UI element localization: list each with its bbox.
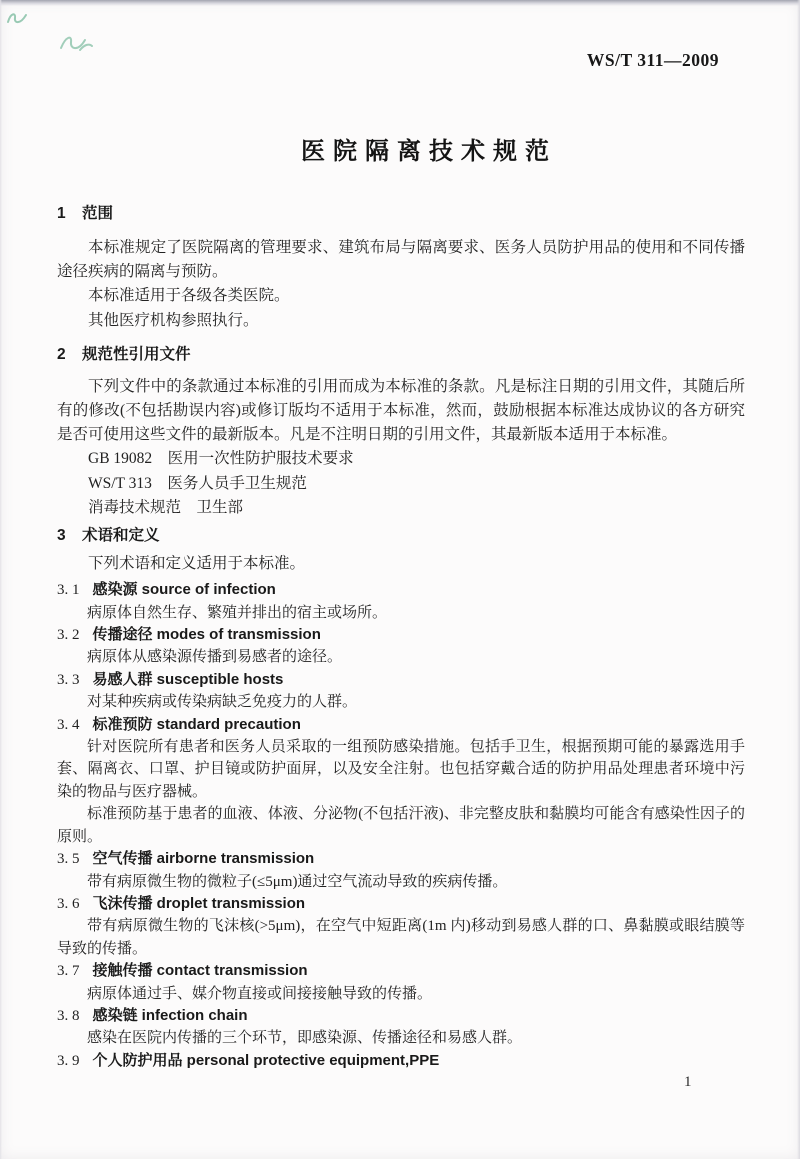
section-number: 2 [57,345,67,365]
standard-code: WS/T 311—2009 [57,50,719,71]
section-label: 范围 [82,204,113,224]
term-heading: 3. 6 飞沫传播 droplet transmission [57,893,745,915]
reference-item: GB 19082 医用一次性防护服技术要求 [57,447,745,471]
term-name: 感染链 infection chain [93,1005,248,1027]
term-name: 感染源 source of infection [93,579,276,601]
term-name: 传播途径 modes of transmission [93,624,321,646]
term-number: 3. 4 [57,714,80,736]
term-number: 3. 7 [57,960,80,982]
paragraph: 本标准适用于各级各类医院。 [57,284,745,308]
section-number: 3 [57,526,67,546]
section-label: 术语和定义 [82,526,160,546]
term-name: 个人防护用品 personal protective equipment,PPE [93,1050,440,1072]
term-name: 接触传播 contact transmission [93,960,308,982]
term-number: 3. 1 [57,579,80,601]
term-3-7: 3. 7 接触传播 contact transmission 病原体通过手、媒介… [57,960,745,1005]
term-definition: 感染在医院内传播的三个环节，即感染源、传播途径和易感人群。 [57,1027,745,1049]
term-heading: 3. 2 传播途径 modes of transmission [57,624,745,646]
term-3-8: 3. 8 感染链 infection chain 感染在医院内传播的三个环节，即… [57,1005,745,1050]
scan-edge-top [0,0,800,6]
term-definition: 病原体自然生存、繁殖并排出的宿主或场所。 [57,602,745,624]
page-number: 1 [684,1074,692,1091]
term-number: 3. 2 [57,624,80,646]
pen-mark-icon [6,9,28,27]
term-name: 易感人群 susceptible hosts [93,669,284,691]
section-3-heading: 3 术语和定义 [57,526,745,546]
term-definition: 标准预防基于患者的血液、体液、分泌物(不包括汗液)、非完整皮肤和黏膜均可能含有感… [57,803,745,848]
term-name: 空气传播 airborne transmission [93,848,315,870]
term-heading: 3. 3 易感人群 susceptible hosts [57,669,745,691]
term-number: 3. 6 [57,893,80,915]
term-definition: 病原体从感染源传播到易感者的途径。 [57,646,745,668]
term-number: 3. 5 [57,848,80,870]
page-content: WS/T 311—2009 医院隔离技术规范 1 范围 本标准规定了医院隔离的管… [0,50,800,1072]
term-3-3: 3. 3 易感人群 susceptible hosts 对某种疾病或传染病缺乏免… [57,669,745,714]
term-definition: 针对医院所有患者和医务人员采取的一组预防感染措施。包括手卫生，根据预期可能的暴露… [57,736,745,803]
term-definition: 对某种疾病或传染病缺乏免疫力的人群。 [57,691,745,713]
term-heading: 3. 8 感染链 infection chain [57,1005,745,1027]
term-heading: 3. 4 标准预防 standard precaution [57,714,745,736]
page-title: 医院隔离技术规范 [85,131,773,166]
reference-item: WS/T 313 医务人员手卫生规范 [57,472,745,496]
term-3-6: 3. 6 飞沫传播 droplet transmission 带有病原微生物的飞… [57,893,745,960]
term-heading: 3. 5 空气传播 airborne transmission [57,848,745,870]
reference-item: 消毒技术规范 卫生部 [57,496,745,520]
term-definition: 带有病原微生物的飞沫核(>5μm)，在空气中短距离(1m 内)移动到易感人群的口… [57,915,745,960]
section-number: 1 [57,204,67,224]
term-name: 标准预防 standard precaution [93,714,301,736]
term-definition: 病原体通过手、媒介物直接或间接接触导致的传播。 [57,983,745,1005]
term-heading: 3. 9 个人防护用品 personal protective equipmen… [57,1050,745,1072]
paragraph: 其他医疗机构参照执行。 [57,309,745,333]
paragraph: 下列文件中的条款通过本标准的引用而成为本标准的条款。凡是标注日期的引用文件，其随… [57,375,745,448]
term-name: 飞沫传播 droplet transmission [93,893,306,915]
section-label: 规范性引用文件 [82,345,191,365]
section-2-heading: 2 规范性引用文件 [57,345,745,365]
term-heading: 3. 1 感染源 source of infection [57,579,745,601]
term-number: 3. 8 [57,1005,80,1027]
term-3-1: 3. 1 感染源 source of infection 病原体自然生存、繁殖并… [57,579,745,624]
document-page: WS/T 311—2009 医院隔离技术规范 1 范围 本标准规定了医院隔离的管… [0,0,800,1159]
term-3-4: 3. 4 标准预防 standard precaution 针对医院所有患者和医… [57,714,745,848]
term-definition: 带有病原微生物的微粒子(≤5μm)通过空气流动导致的疾病传播。 [57,871,745,893]
term-3-5: 3. 5 空气传播 airborne transmission 带有病原微生物的… [57,848,745,893]
section-intro: 下列术语和定义适用于本标准。 [57,552,745,576]
term-3-2: 3. 2 传播途径 modes of transmission 病原体从感染源传… [57,624,745,669]
paragraph: 本标准规定了医院隔离的管理要求、建筑布局与隔离要求、医务人员防护用品的使用和不同… [57,236,745,284]
terms-list: 3. 1 感染源 source of infection 病原体自然生存、繁殖并… [57,579,745,1072]
term-number: 3. 3 [57,669,80,691]
term-3-9: 3. 9 个人防护用品 personal protective equipmen… [57,1050,745,1072]
term-heading: 3. 7 接触传播 contact transmission [57,960,745,982]
term-number: 3. 9 [57,1050,80,1072]
section-1-heading: 1 范围 [57,204,745,224]
